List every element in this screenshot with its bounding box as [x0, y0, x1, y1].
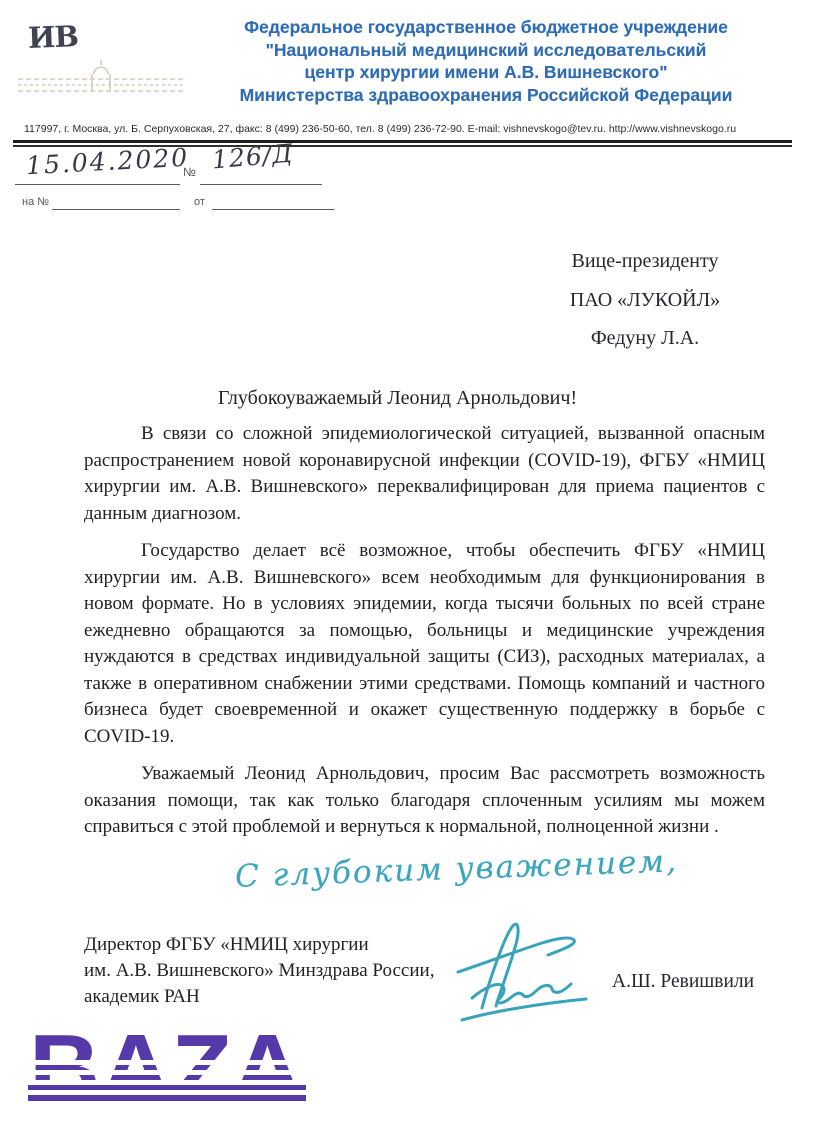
salutation: Глубокоуважаемый Леонид Арнольдович!	[85, 387, 710, 410]
signer-title-line: академик РАН	[84, 984, 434, 1010]
reply-number-label: на №	[22, 196, 49, 208]
date-underline	[15, 184, 180, 185]
number-symbol: №	[183, 165, 196, 179]
recipient-name: Федуну Л.А.	[495, 319, 795, 358]
baza-logo-stripe	[28, 1095, 306, 1101]
org-header-line: Федеральное государственное бюджетное уч…	[168, 16, 804, 39]
signer-title-block: Директор ФГБУ «НМИЦ хирургии им. А.В. Ви…	[84, 932, 434, 1010]
handwritten-signature-icon	[450, 918, 602, 1026]
recipient-position: Вице-президенту	[495, 242, 795, 281]
letter-body: В связи со сложной эпидемиологической си…	[84, 421, 765, 852]
organization-header: Федеральное государственное бюджетное уч…	[168, 16, 804, 106]
handwritten-date: 15.04.2020	[25, 143, 189, 180]
handwritten-outgoing-number: 126/Д	[211, 139, 295, 175]
signer-title-line: им. А.В. Вишневского» Минздрава России,	[84, 958, 434, 984]
contact-info-line: 117997, г. Москва, ул. Б. Серпуховская, …	[24, 123, 804, 135]
recipient-block: Вице-президенту ПАО «ЛУКОЙЛ» Федуну Л.А.	[495, 242, 795, 358]
recipient-company: ПАО «ЛУКОЙЛ»	[495, 281, 795, 320]
scanned-letter-page: { "letterhead": { "monogram": "ИВ", "org…	[0, 0, 818, 1138]
org-header-line: Министерства здравоохранения Российской …	[168, 84, 804, 107]
signer-title-line: Директор ФГБУ «НМИЦ хирургии	[84, 932, 434, 958]
institute-monogram: ИВ	[27, 19, 78, 55]
reply-date-underline	[212, 209, 334, 210]
number-underline	[200, 184, 322, 185]
signer-name: А.Ш. Ревишвили	[612, 971, 754, 993]
reply-number-underline	[52, 209, 180, 210]
org-header-line: "Национальный медицинский исследовательс…	[168, 39, 804, 62]
reply-date-label: от	[194, 196, 205, 208]
org-header-line: центр хирургии имени А.В. Вишневского"	[168, 61, 804, 84]
paragraph: Уважаемый Леонид Арнольдович, просим Вас…	[84, 761, 765, 841]
institute-building-icon	[14, 58, 188, 100]
paragraph: Государство делает всё возможное, чтобы …	[84, 538, 765, 750]
baza-logo-text: BAZA	[29, 1031, 303, 1103]
baza-watermark-logo: BAZA	[28, 1031, 306, 1103]
baza-logo-stripe	[28, 1085, 306, 1090]
letterhead-divider-top	[13, 140, 792, 143]
paragraph: В связи со сложной эпидемиологической си…	[84, 421, 765, 527]
